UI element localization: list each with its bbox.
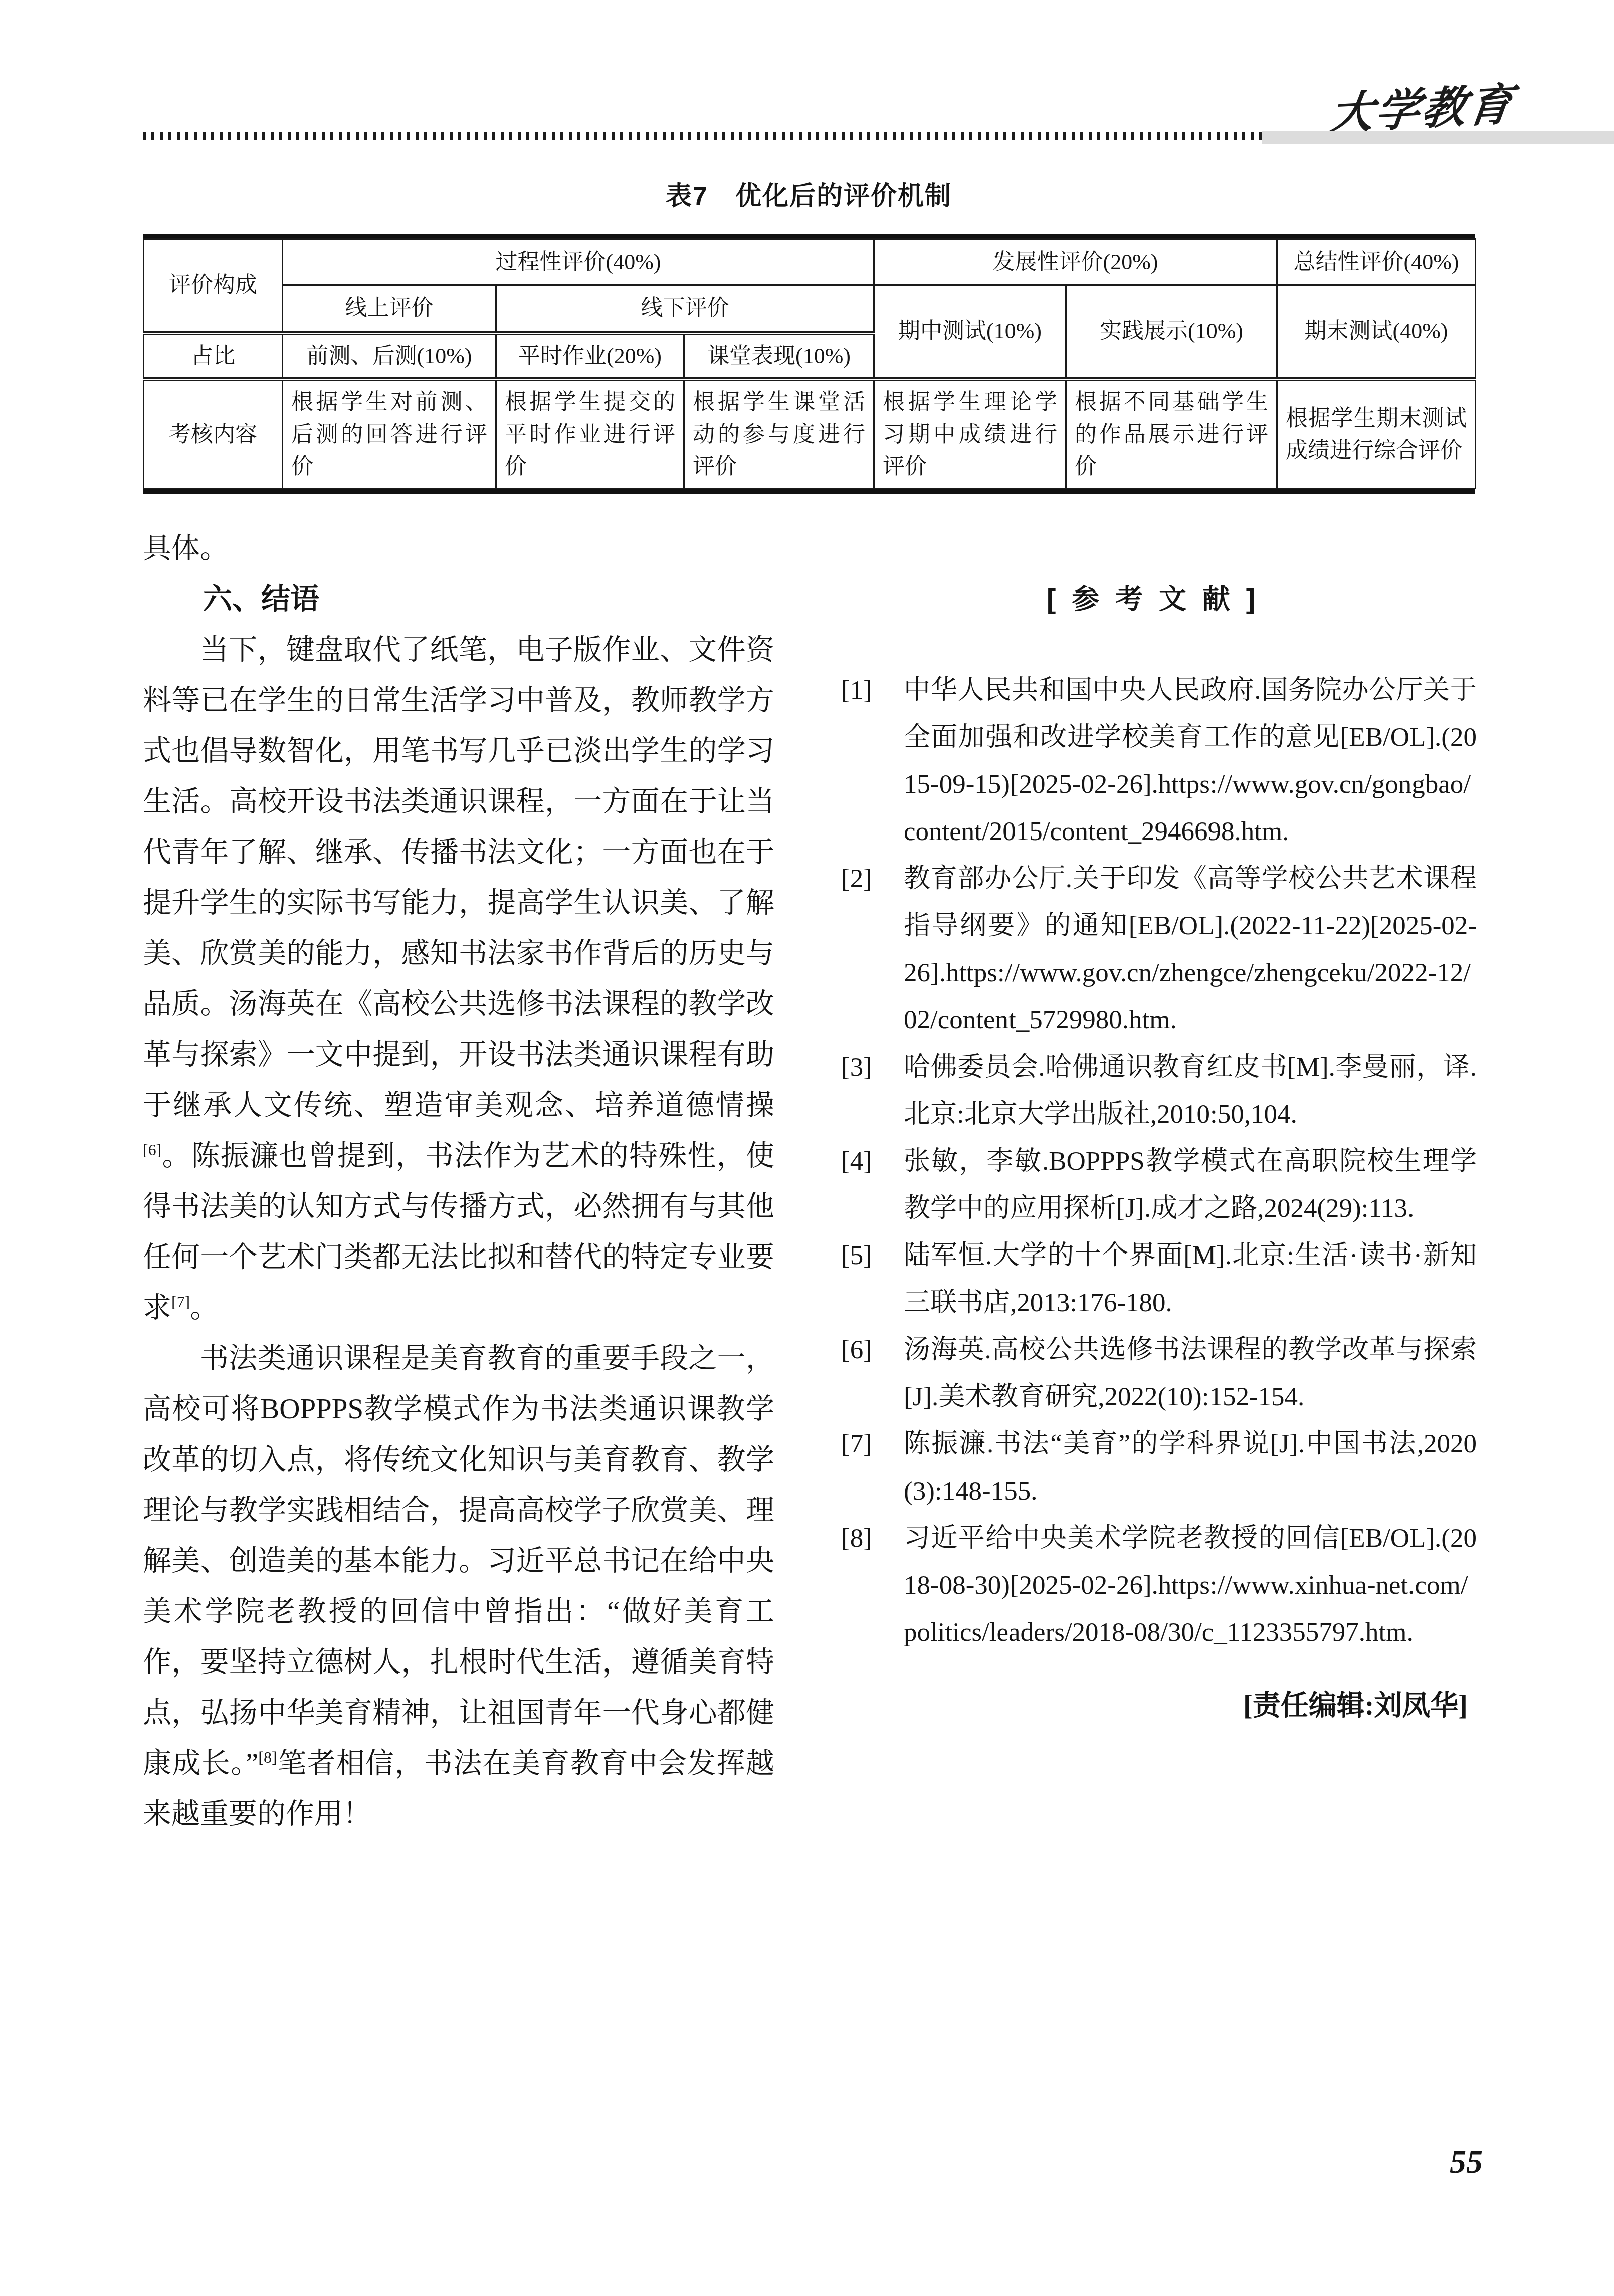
table-span-cell: 实践展示(10%) [1066,285,1277,379]
reference-item: [3] 哈佛委员会.哈佛通识教育红皮书[M].李曼丽，译.北京:北京大学出版社,… [841,1043,1477,1138]
editor-note: [责任编辑:刘凤华] [841,1682,1477,1729]
table-cell: 课堂表现(10%) [684,333,874,379]
reference-item: [1] 中华人民共和国中央人民政府.国务院办公厅关于全面加强和改进学校美育工作的… [841,667,1477,855]
paragraph-text: 书法类通识课程是美育教育的重要手段之一，高校可将BOPPPS教学模式作为书法类通… [143,1343,774,1779]
reference-number: [8] [841,1515,904,1562]
table-corner-label: 评价构成 [144,239,283,333]
reference-text: 张敏，李敏.BOPPPS教学模式在高职院校生理学教学中的应用探析[J].成才之路… [904,1138,1477,1232]
table-cell: 平时作业(20%) [496,333,684,379]
reference-number: [2] [841,855,904,902]
reference-text: 陈振濂.书法“美育”的学科界说[J].中国书法,2020(3):148-155. [904,1420,1477,1515]
reference-item: [7] 陈振濂.书法“美育”的学科界说[J].中国书法,2020(3):148-… [841,1420,1477,1515]
paragraph-text: 。陈振濂也曾提到，书法作为艺术的特殊性，使得书法美的认知方式与传播方式，必然拥有… [143,1140,774,1324]
reference-text: 汤海英.高校公共选修书法课程的教学改革与探索[J].美术教育研究,2022(10… [904,1326,1477,1420]
table-cell: 根据学生期末测试成绩进行综合评价 [1277,379,1476,489]
reference-item: [4] 张敏，李敏.BOPPPS教学模式在高职院校生理学教学中的应用探析[J].… [841,1138,1477,1232]
left-text-column: 具体。 六、结语 当下，键盘取代了纸笔，电子版作业、文件资料等已在学生的日常生活… [143,523,774,1839]
reference-item: [5] 陆军恒.大学的十个界面[M].北京:生活·读书·新知三联书店,2013:… [841,1232,1477,1326]
table-cell: 根据学生提交的平时作业进行评价 [496,379,684,489]
reference-item: [6] 汤海英.高校公共选修书法课程的教学改革与探索[J].美术教育研究,202… [841,1326,1477,1420]
references-heading: [参考文献] [841,575,1477,622]
paragraph-tail: 具体。 [143,523,774,574]
reference-item: [2] 教育部办公厅.关于印发《高等学校公共艺术课程指导纲要》的通知[EB/OL… [841,855,1477,1043]
reference-text: 教育部办公厅.关于印发《高等学校公共艺术课程指导纲要》的通知[EB/OL].(2… [904,855,1477,1043]
reference-text: 中华人民共和国中央人民政府.国务院办公厅关于全面加强和改进学校美育工作的意见[E… [904,667,1477,855]
reference-text: 习近平给中央美术学院老教授的回信[EB/OL].(2018-08-30)[202… [904,1515,1477,1656]
table-cell: 根据学生对前测、后测的回答进行评价 [283,379,496,489]
header-gray-band [1262,131,1614,144]
table-cell: 前测、后测(10%) [283,333,496,379]
table-cell: 根据不同基础学生的作品展示进行评价 [1066,379,1277,489]
body-paragraph: 当下，键盘取代了纸笔，电子版作业、文件资料等已在学生的日常生活学习中普及，教师教… [143,624,774,1333]
table-sub-header: 线下评价 [496,285,874,333]
table-row-label: 考核内容 [144,379,283,489]
citation-superscript: [8] [258,1749,277,1766]
reference-number: [6] [841,1326,904,1373]
reference-text: 陆军恒.大学的十个界面[M].北京:生活·读书·新知三联书店,2013:176-… [904,1232,1477,1326]
reference-item: [8] 习近平给中央美术学院老教授的回信[EB/OL].(2018-08-30)… [841,1515,1477,1656]
table-group-header: 过程性评价(40%) [283,239,874,285]
table-sub-header: 线上评价 [283,285,496,333]
evaluation-table: 评价构成 过程性评价(40%) 发展性评价(20%) 总结性评价(40%) 线上… [143,234,1475,494]
journal-logo: 大学教育 [1327,70,1494,134]
references-column: [参考文献] [1] 中华人民共和国中央人民政府.国务院办公厅关于全面加强和改进… [841,575,1477,1729]
table-cell: 根据学生课堂活动的参与度进行评价 [684,379,874,489]
body-paragraph: 书法类通识课程是美育教育的重要手段之一，高校可将BOPPPS教学模式作为书法类通… [143,1333,774,1839]
reference-number: [7] [841,1420,904,1468]
table-group-header: 总结性评价(40%) [1277,239,1476,285]
table-span-cell: 期中测试(10%) [874,285,1066,379]
reference-text: 哈佛委员会.哈佛通识教育红皮书[M].李曼丽，译.北京:北京大学出版社,2010… [904,1043,1477,1138]
header-dotted-rule [143,132,1262,140]
table-cell: 根据学生理论学习期中成绩进行评价 [874,379,1066,489]
citation-superscript: [7] [171,1293,190,1311]
reference-number: [5] [841,1232,904,1279]
section-heading: 六、结语 [143,574,774,624]
paragraph-text: 。 [190,1292,219,1324]
citation-superscript: [6] [143,1141,161,1159]
reference-number: [3] [841,1043,904,1091]
table-title: 表7 优化后的评价机制 [143,181,1475,212]
table-row-label: 占比 [144,333,283,379]
reference-number: [1] [841,667,904,714]
reference-number: [4] [841,1138,904,1185]
table-span-cell: 期末测试(40%) [1277,285,1476,379]
table-group-header: 发展性评价(20%) [874,239,1277,285]
page-number: 55 [1450,2143,1483,2181]
paragraph-text: 当下，键盘取代了纸笔，电子版作业、文件资料等已在学生的日常生活学习中普及，教师教… [143,634,774,1121]
